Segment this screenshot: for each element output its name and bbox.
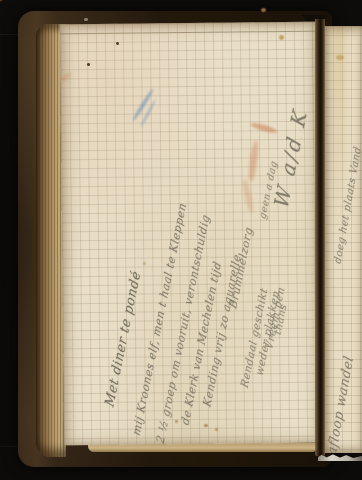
foxing-spot: [279, 35, 284, 40]
notebook-right-page: Na afloop wandel doeg het plaats Vand: [324, 26, 362, 453]
handwriting-line: Na afloop wandel: [324, 354, 357, 453]
handwriting-line: doeg het plaats Vand: [333, 145, 362, 265]
foxing-spot: [204, 424, 208, 427]
foxing-spot: [175, 420, 178, 423]
foxing-spot: [261, 8, 266, 12]
foxing-spot: [143, 262, 146, 265]
handwriting-line-large: W a/d K: [269, 104, 312, 211]
page-gutter: [315, 19, 325, 456]
foxing-spot: [336, 55, 344, 60]
notebook-photo: Met diner te pondé mij Kroones elf, men …: [0, 0, 362, 480]
notebook-left-page: Met diner te pondé mij Kroones elf, men …: [60, 22, 320, 446]
scratch-mark: [0, 0, 61, 2]
dark-speck: [116, 42, 119, 45]
top-rule-line: [60, 31, 316, 35]
cover-corner-highlight: [84, 18, 88, 21]
dark-speck: [87, 63, 90, 66]
foxing-spot: [215, 428, 218, 431]
